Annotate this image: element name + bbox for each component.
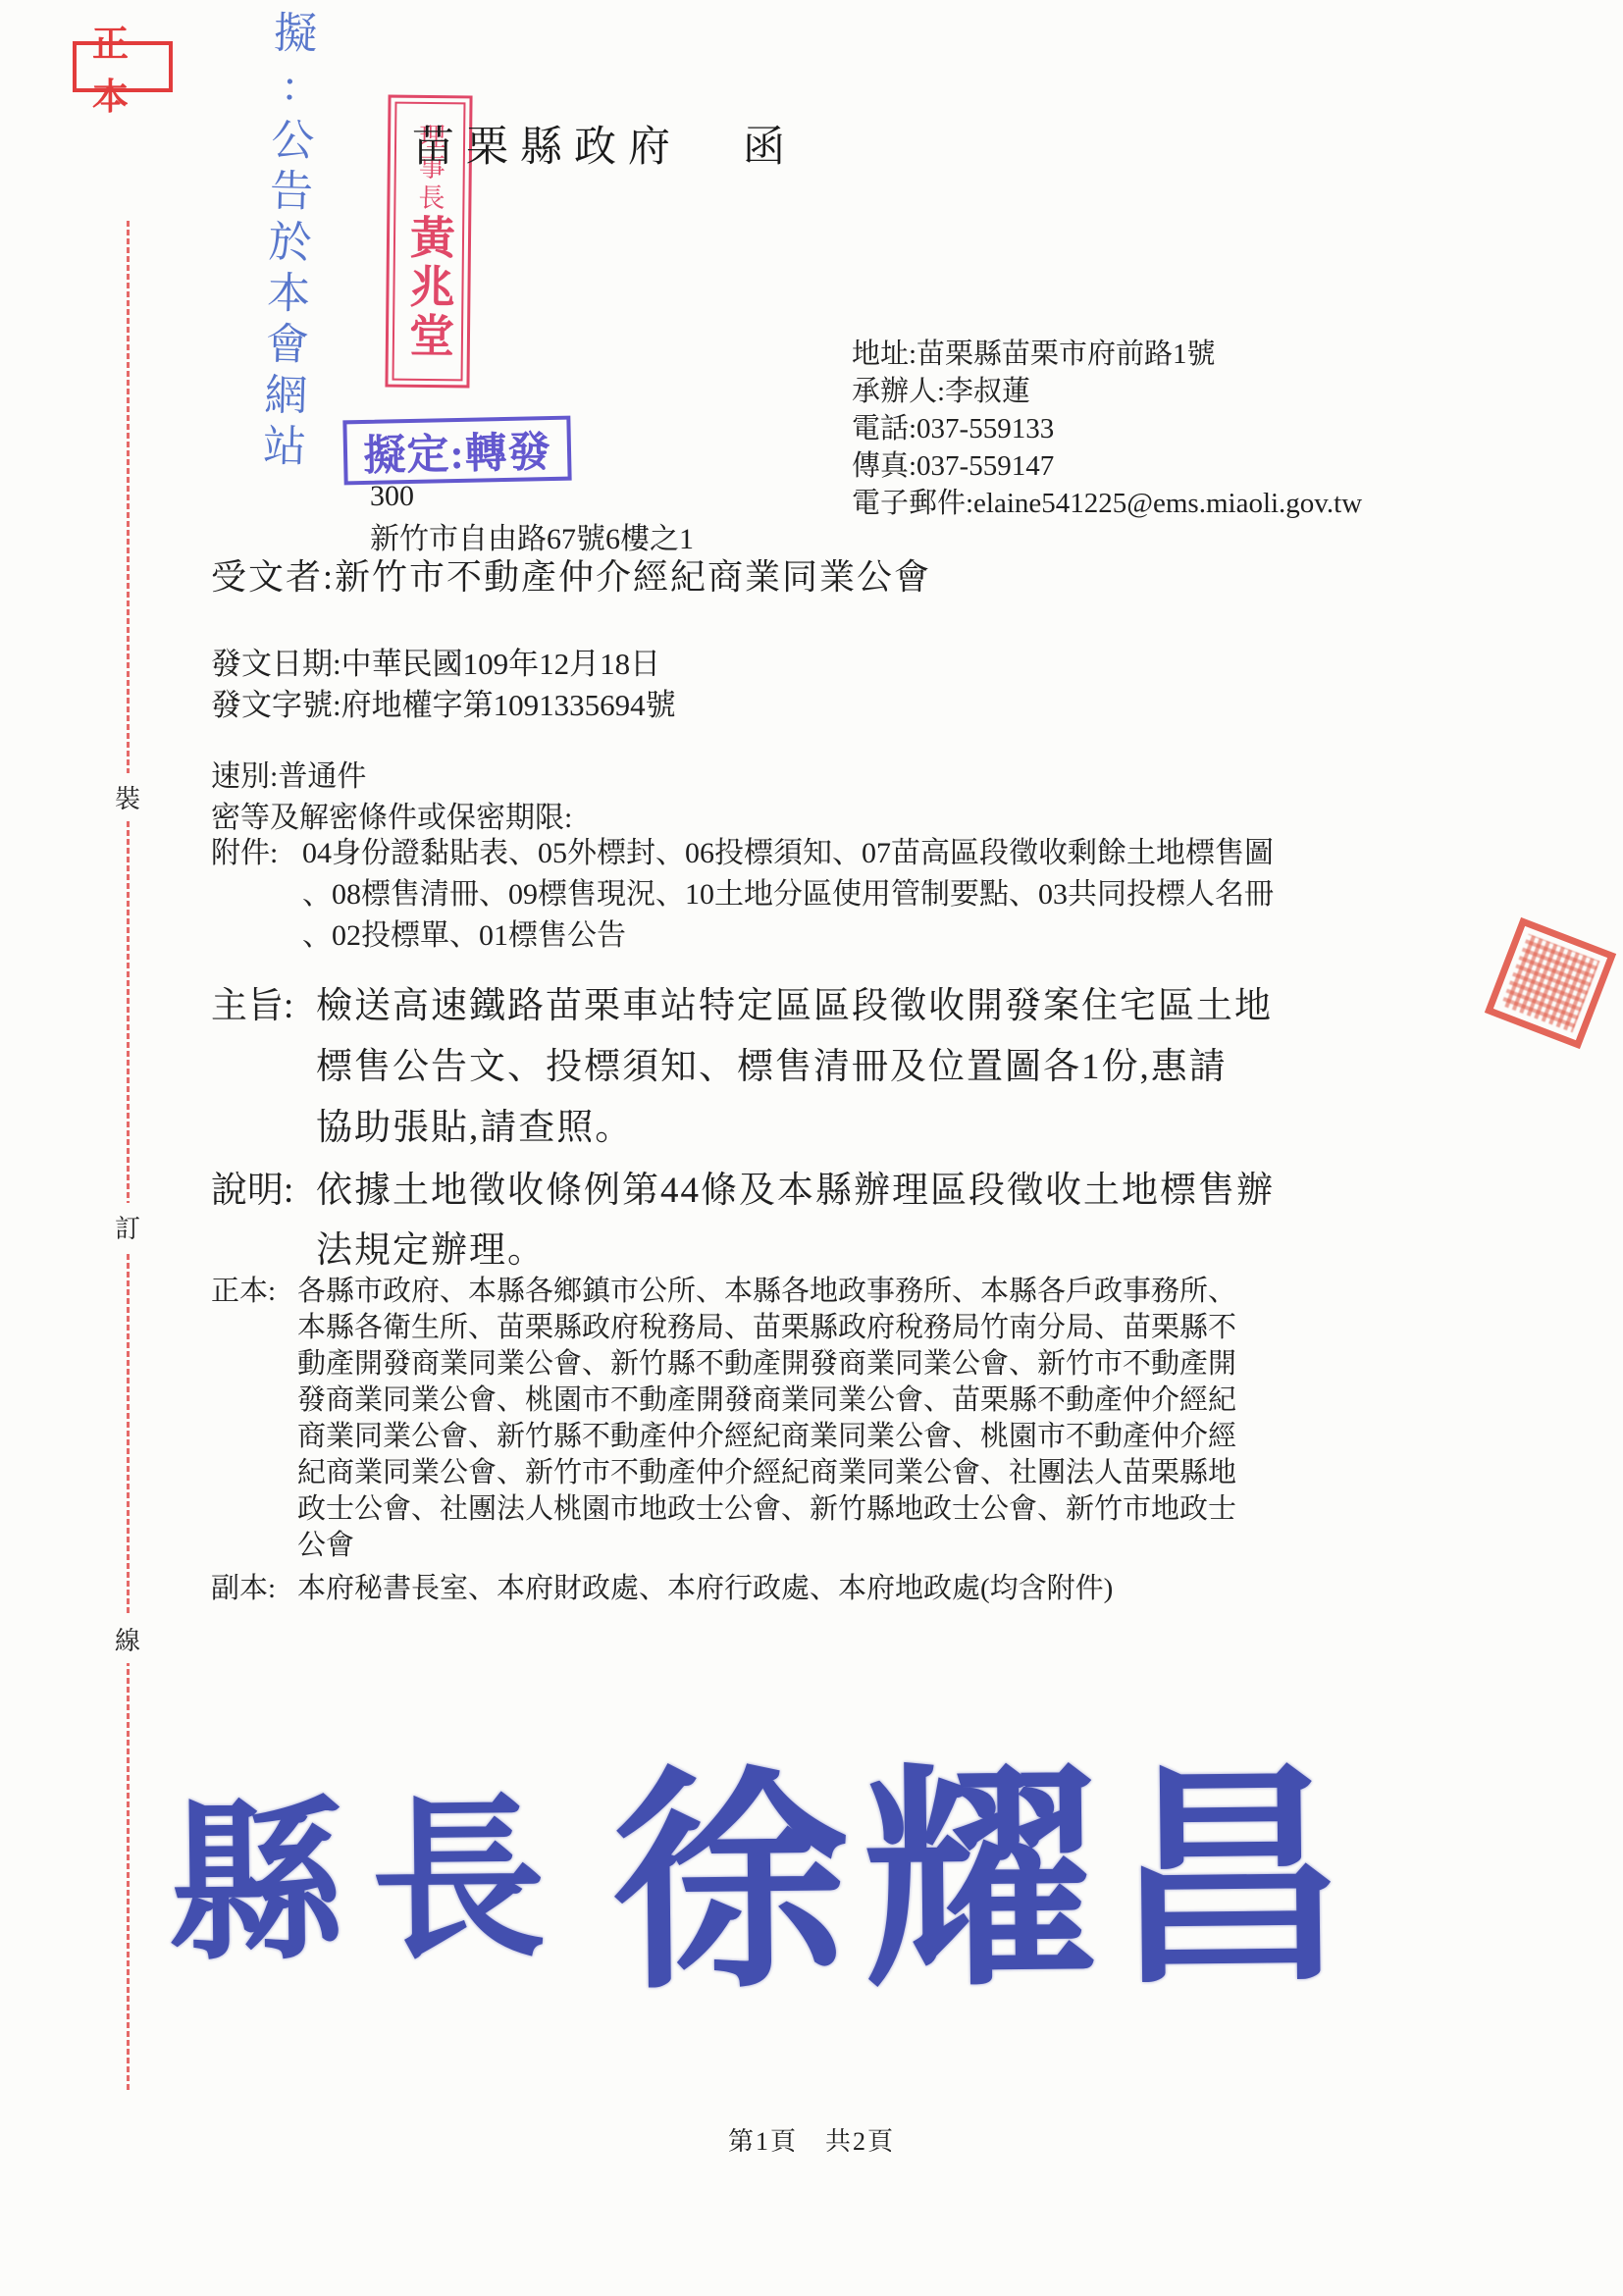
original-copies-line: 公會 [297, 1528, 1236, 1564]
attachment-line: 04身份證黏貼表、05外標封、06投標須知、07苗高區段徵收剩餘土地標售圖 [302, 833, 1274, 874]
contact-phone-line: 電話:037-559133 [852, 410, 1362, 447]
original-copies-content: 各縣市政府、本縣各鄉鎮市公所、本縣各地政事務所、本縣各戶政事務所、 本縣各衛生所… [297, 1274, 1236, 1564]
explanation-line: 依據土地徵收條例第44條及本縣辦理區段徵收土地標售辦 [316, 1161, 1275, 1221]
subject-content: 檢送高速鐵路苗栗車站特定區區段徵收開發案住宅區土地 標售公告文、投標須知、標售清… [316, 976, 1273, 1159]
original-copies-line: 本縣各衛生所、苗栗縣政府稅務局、苗栗縣政府稅務局竹南分局、苗栗縣不 [297, 1310, 1236, 1346]
original-copies-section: 正本: 各縣市政府、本縣各鄉鎮市公所、本縣各地政事務所、本縣各戶政事務所、 本縣… [211, 1274, 1236, 1564]
original-copies-label: 正本: [211, 1274, 276, 1310]
explanation-label: 說明: [211, 1161, 293, 1221]
magistrate-signature-stamp: 縣長 徐耀昌 [167, 1690, 1337, 2035]
security-class-line: 密等及解密條件或保密期限: [211, 793, 572, 836]
explanation-content: 依據土地徵收條例第44條及本縣辦理區段徵收土地標售辦 法規定辦理。 [316, 1161, 1275, 1280]
magistrate-name: 徐耀昌 [610, 1687, 1362, 2033]
contact-email-line: 電子郵件:elaine541225@ems.miaoli.gov.tw [852, 485, 1362, 522]
attachment-section: 附件: 04身份證黏貼表、05外標封、06投標須知、07苗高區段徵收剩餘土地標售… [211, 833, 1274, 957]
carbon-copies-section: 副本: 本府秘書長室、本府財政處、本府行政處、本府地政處(均含附件) [211, 1566, 1113, 1606]
doc-number-line: 發文字號:府地權字第1091335694號 [211, 680, 676, 724]
document-type: 函 [743, 114, 797, 174]
binding-dashed-line [127, 221, 130, 2090]
chairman-seal-name: 黃兆堂 [403, 213, 455, 361]
recipient-line: 受文者:新竹市不動產仲介經紀商業同業公會 [211, 549, 931, 600]
original-copies-line: 發商業同業公會、桃園市不動產開發商業同業公會、苗栗縣不動產仲介經紀 [297, 1383, 1236, 1419]
action-decision-stamp: 擬定:轉發 [342, 416, 571, 486]
explanation-section: 說明: 依據土地徵收條例第44條及本縣辦理區段徵收土地標售辦 法規定辦理。 [211, 1161, 1275, 1280]
binding-mark-xian: 線 [108, 1615, 147, 1663]
carbon-copies-line: 本府秘書長室、本府財政處、本府行政處、本府地政處(均含附件) [297, 1566, 1113, 1606]
attachment-line: 、08標售清冊、09標售現況、10土地分區使用管制要點、03共同投標人名冊 [302, 874, 1274, 915]
subject-line: 標售公告文、投標須知、標售清冊及位置圖各1份,惠請 [316, 1037, 1273, 1098]
issuing-org-name: 苗栗縣政府 [412, 114, 682, 174]
subject-label: 主旨: [211, 976, 293, 1037]
attachment-line: 、02投標單、01標售公告 [302, 915, 1274, 957]
speed-class-line: 速別:普通件 [211, 752, 366, 795]
original-copies-line: 各縣市政府、本縣各鄉鎮市公所、本縣各地政事務所、本縣各戶政事務所、 [297, 1274, 1236, 1310]
explanation-line: 法規定辦理。 [316, 1221, 1275, 1280]
subject-line: 協助張貼,請查照。 [316, 1098, 1273, 1159]
scanned-official-letter: { "document": { "copy_type_label": "正本",… [0, 0, 1623, 2296]
receipt-seal-stamp [1485, 917, 1616, 1049]
contact-address-line: 地址:苗栗縣苗栗市府前路1號 [852, 336, 1362, 373]
magistrate-title: 縣長 [168, 1739, 575, 1994]
receipt-seal-pattern [1501, 934, 1600, 1033]
contact-fax-line: 傳真:037-559147 [852, 447, 1362, 485]
original-copies-line: 紀商業同業公會、新竹市不動產仲介經紀商業同業公會、社團法人苗栗縣地 [297, 1455, 1236, 1491]
recipient-zip: 300 [370, 480, 414, 513]
handwritten-approval-note: 擬:公告於本會網站 [246, 9, 323, 520]
subject-section: 主旨: 檢送高速鐵路苗栗車站特定區區段徵收開發案住宅區土地 標售公告文、投標須知… [211, 976, 1273, 1159]
binding-mark-zhuang: 裝 [108, 773, 147, 821]
original-copies-line: 商業同業公會、新竹縣不動產仲介經紀商業同業公會、桃園市不動產仲介經 [297, 1419, 1236, 1455]
issue-date-line: 發文日期:中華民國109年12月18日 [211, 639, 660, 683]
contact-officer-line: 承辦人:李叔蓮 [852, 373, 1362, 410]
contact-block: 地址:苗栗縣苗栗市府前路1號 承辦人:李叔蓮 電話:037-559133 傳真:… [852, 336, 1362, 522]
carbon-copies-label: 副本: [211, 1566, 276, 1606]
page-number-footer: 第1頁 共2頁 [0, 2121, 1623, 2158]
original-copies-line: 政士公會、社團法人桃園市地政士公會、新竹縣地政士公會、新竹市地政士 [297, 1491, 1236, 1528]
document-title: 苗栗縣政府 函 [412, 114, 797, 174]
copy-type-stamp: 正本 [73, 41, 173, 92]
attachment-content: 04身份證黏貼表、05外標封、06投標須知、07苗高區段徵收剩餘土地標售圖 、0… [302, 833, 1274, 957]
attachment-label: 附件: [211, 833, 278, 874]
subject-line: 檢送高速鐵路苗栗車站特定區區段徵收開發案住宅區土地 [316, 976, 1273, 1037]
binding-mark-ding: 訂 [108, 1203, 147, 1251]
original-copies-line: 動產開發商業同業公會、新竹縣不動產開發商業同業公會、新竹市不動產開 [297, 1346, 1236, 1383]
